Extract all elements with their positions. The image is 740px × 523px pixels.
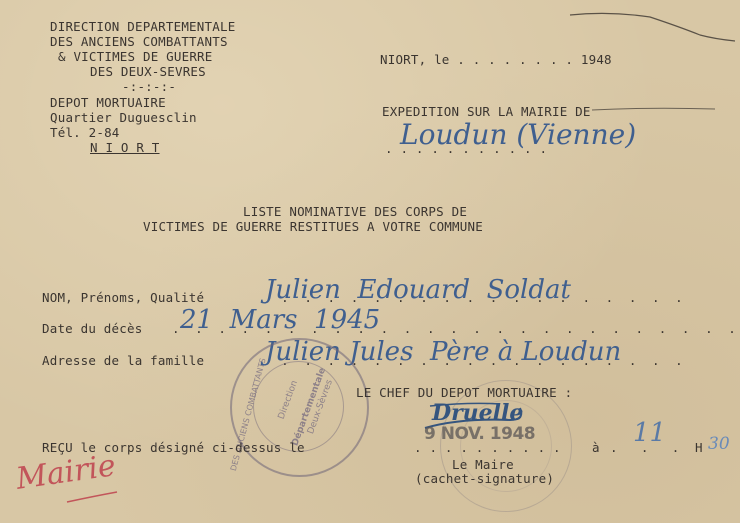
received-time-minutes: 30 [708,434,730,454]
field-value-nom: Julien Edouard Soldat [265,275,571,305]
received-time-hour: 11 [633,418,666,448]
title-line2: VICTIMES DE GUERRE RESTITUES A VOTRE COM… [143,220,483,234]
header-direction: DIRECTION DEPARTEMENTALE [50,20,235,34]
date-line: NIORT, le . . . . . . . . 1948 [380,53,612,67]
received-date-stamp: 9 NOV. 1948 [424,424,535,444]
field-value-date-deces: 21 Mars 1945 [180,305,380,335]
field-label-date-deces: Date du décès [42,322,142,336]
received-a-label: à [592,441,600,455]
field-label-adresse: Adresse de la famille [42,354,204,368]
ink-squiggle [500,5,740,50]
depot-phone: Tél. 2-84 [50,126,120,140]
depot-address: Quartier Duguesclin [50,111,197,125]
field-label-nom: NOM, Prénoms, Qualité [42,291,204,305]
depot-city: N I O R T [90,141,160,155]
received-time-suffix: H [695,441,703,455]
header-victimes: & VICTIMES DE GUERRE [58,50,213,64]
depot-mortuaire: DEPOT MORTUAIRE [50,96,166,110]
maire-cachet: (cachet-signature) [415,472,554,486]
maire-title: Le Maire [452,458,514,472]
expedition-label: EXPEDITION SUR LA MAIRIE DE [382,105,591,119]
expedition-commune: Loudun (Vienne) [400,118,636,151]
title-line1: LISTE NOMINATIVE DES CORPS DE [243,205,467,219]
header-separator: -:-:-:- [122,80,176,94]
header-anciens-combattants: DES ANCIENS COMBATTANTS [50,35,228,49]
margin-note-underline [65,490,125,505]
header-deux-sevres: DES DEUX-SEVRES [90,65,206,79]
expedition-underline [590,105,720,115]
